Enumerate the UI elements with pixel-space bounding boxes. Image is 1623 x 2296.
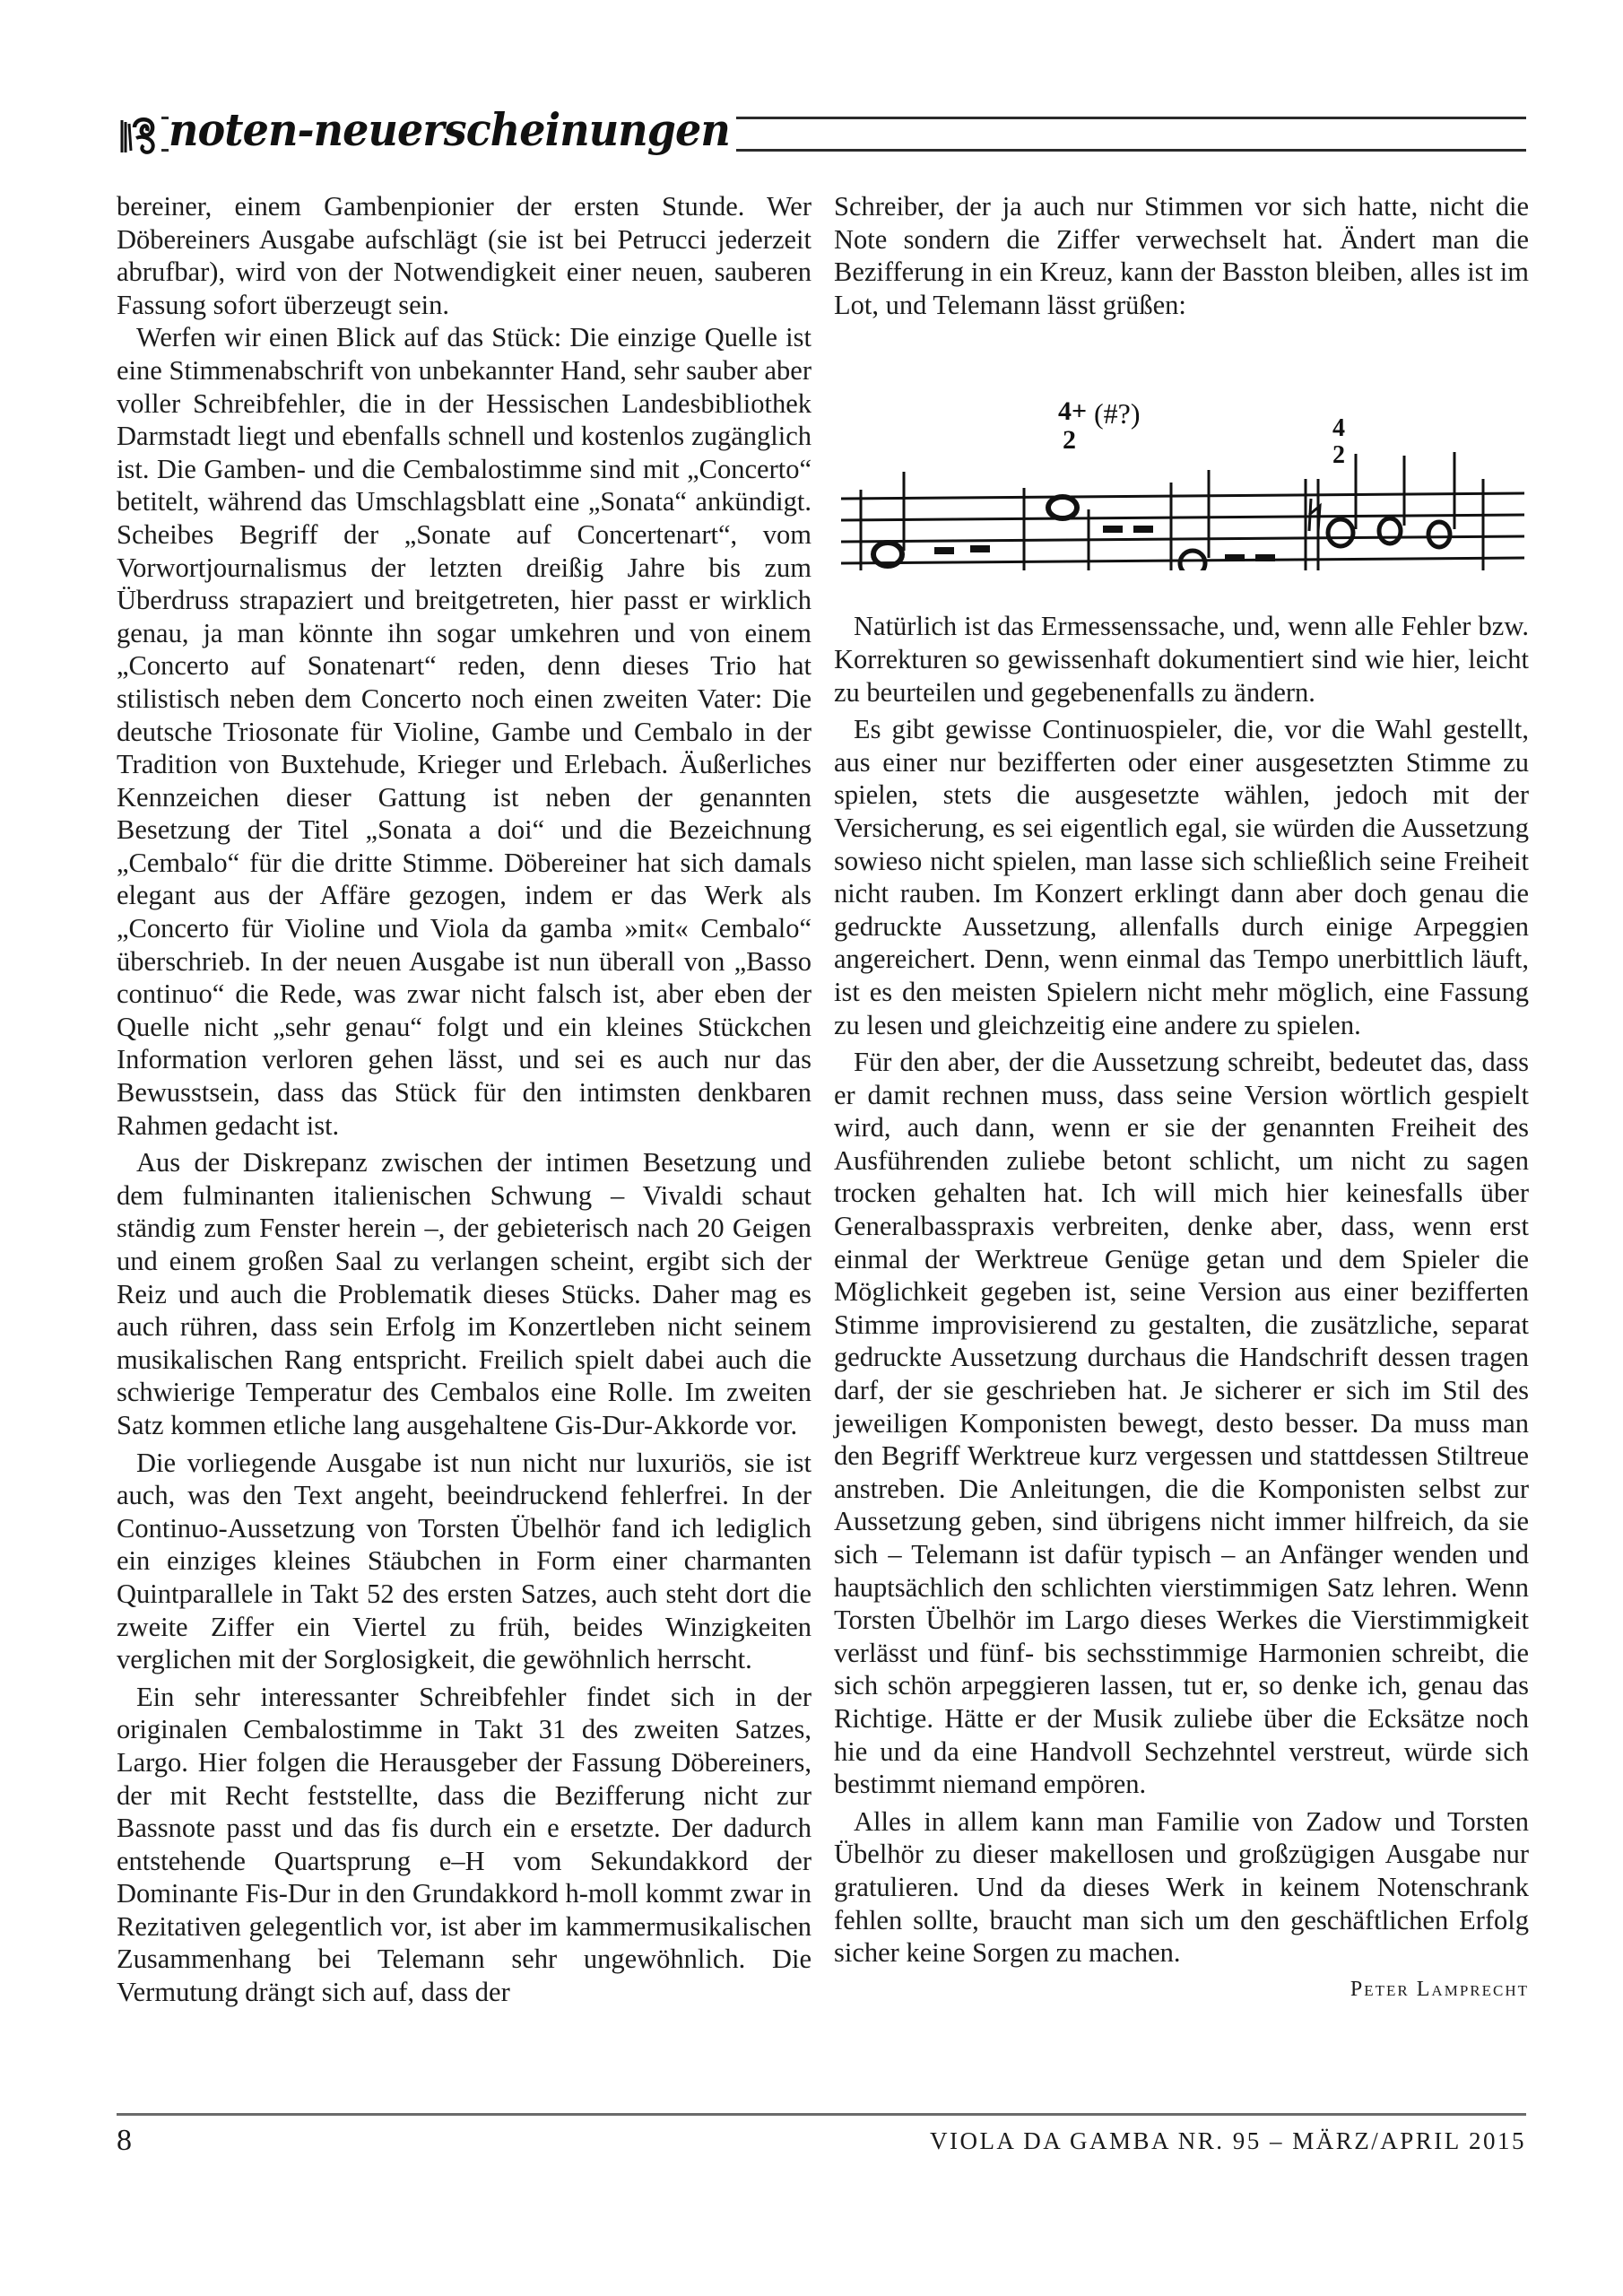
paragraph: Alles in allem kann man Familie von Zado… [834, 1805, 1529, 1970]
paragraph: Für den aber, der die Aussetzung schreib… [834, 1046, 1529, 1801]
paragraph: Aus der Diskrepanz zwischen der intimen … [117, 1146, 811, 1441]
paragraph: Schreiber, der ja auch nur Stimmen vor s… [834, 190, 1529, 321]
figured-bass-1-top: 4+ [1058, 396, 1087, 426]
right-column: Schreiber, der ja auch nur Stimmen vor s… [834, 190, 1529, 2005]
section-header: noten-neuerscheinungen [117, 109, 1526, 156]
paragraph: Die vorliegende Ausgabe ist nun nicht nu… [117, 1447, 811, 1676]
author-signature: Peter Lamprecht [834, 1973, 1529, 2006]
figured-bass-annotation: (#?) [1094, 397, 1141, 430]
figured-bass-2-top: 4 [1332, 414, 1345, 442]
section-title: noten-neuerscheinungen [169, 102, 736, 158]
left-column: bereiner, einem Gambenpionier der ersten… [117, 190, 811, 2009]
figured-bass-1-bottom: 2 [1063, 425, 1076, 455]
paragraph: Es gibt gewisse Continuospieler, die, vo… [834, 713, 1529, 1041]
page-number: 8 [117, 2124, 132, 2158]
figured-bass-2-bottom: 2 [1332, 441, 1345, 469]
issue-info: Viola da Gamba Nr. 95 – März/April 2015 [930, 2127, 1526, 2155]
paragraph: Werfen wir einen Blick auf das Stück: Di… [117, 321, 811, 1142]
paragraph: Ein sehr interessanter Schreibfehler fin… [117, 1681, 811, 2009]
music-staff-icon: 4+ 2 (#?) 4 2 [834, 355, 1529, 570]
music-excerpt-figure: 4+ 2 (#?) 4 2 [834, 355, 1529, 570]
footer-rule [117, 2113, 1526, 2116]
paragraph: Natürlich ist das Ermessenssache, und, w… [834, 610, 1529, 709]
viola-scroll-logo-icon [117, 115, 161, 154]
paragraph: bereiner, einem Gambenpionier der ersten… [117, 190, 811, 321]
